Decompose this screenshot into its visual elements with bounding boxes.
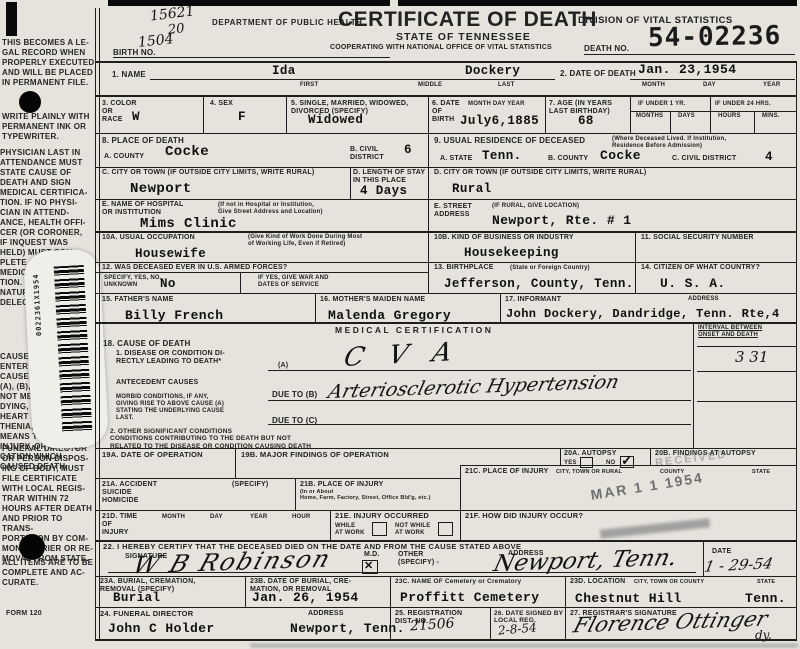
grid-line xyxy=(565,576,566,640)
grid-line xyxy=(95,448,797,449)
form-border-right xyxy=(796,61,797,640)
birthplace-value: Jefferson, County, Tenn. xyxy=(444,277,634,291)
dod-sub-month: MONTH xyxy=(642,82,665,89)
margin-form-number: FORM 120 xyxy=(6,610,99,619)
hospital-value: Mims Clinic xyxy=(140,216,237,232)
physician-signature: W B Robinson xyxy=(129,545,335,580)
name-sub-middle: MIDDLE xyxy=(418,82,442,89)
cause-a-value: C V A xyxy=(341,337,462,373)
injury-hour-sub: HOUR xyxy=(292,514,310,521)
residence-city-label: D. CITY OR TOWN (IF OUTSIDE CITY LIMITS,… xyxy=(434,169,646,177)
grid-line xyxy=(697,371,796,372)
date-of-death-value: Jan. 23,1954 xyxy=(638,62,736,77)
street-address-value: Newport, Rte. # 1 xyxy=(492,213,631,228)
grid-line xyxy=(240,272,241,293)
informant-value: John Dockery, Dandridge, Tenn. Rte,4 xyxy=(506,307,780,321)
antecedent-causes-label: ANTECEDENT CAUSES xyxy=(116,379,198,387)
margin-note-funeral: FUNERAL DIRECTOR OR PERSON DISPOS- ING O… xyxy=(2,444,95,564)
under-24hrs-label: IF UNDER 24 HRS. xyxy=(715,101,771,108)
grid-line xyxy=(500,293,501,322)
birthplace-label: 13. BIRTHPLACE xyxy=(434,264,494,272)
occupation-label: 10A. USUAL OCCUPATION xyxy=(102,234,195,242)
citizen-value: U. S. A. xyxy=(660,276,726,291)
grid-line xyxy=(95,607,797,608)
date-of-operation-label: 19A. DATE OF OPERATION xyxy=(102,451,203,460)
grid-line xyxy=(95,510,797,511)
burial-location-label: 23D. LOCATION xyxy=(570,578,625,586)
grid-line xyxy=(203,97,204,133)
barcode-icon xyxy=(54,265,93,432)
date-of-burial-value: Jan. 26, 1954 xyxy=(252,590,359,605)
age-value: 68 xyxy=(578,114,594,128)
date-signed-value: 2-8-54 xyxy=(497,620,537,637)
length-of-stay-label: D. LENGTH OF STAY IN THIS PLACE xyxy=(353,169,425,185)
form-border-bottom xyxy=(95,639,797,641)
birth-no-label: BIRTH NO. xyxy=(113,48,156,57)
scan-bar-top-right xyxy=(398,0,797,6)
grid-line xyxy=(670,111,671,133)
cooperating-heading: COOPERATING WITH NATIONAL OFFICE OF VITA… xyxy=(330,44,552,52)
residence-label: 9. USUAL RESIDENCE OF DECEASED xyxy=(434,136,585,145)
grid-line xyxy=(460,465,461,540)
father-name-value: Billy French xyxy=(125,308,223,323)
scan-bar-top-left xyxy=(108,0,390,6)
disease-condition-label: 1. DISEASE OR CONDITION DI- RECTLY LEADI… xyxy=(116,350,225,366)
grid-line xyxy=(295,478,296,510)
cemetery-name-label: 23C. NAME OF Cemetery or Crematory xyxy=(395,578,521,585)
residence-civil-district-label: C. CIVIL DISTRICT xyxy=(672,155,736,163)
major-findings-label: 19B. MAJOR FINDINGS OF OPERATION xyxy=(241,451,389,460)
under-1yr-days: DAYS xyxy=(678,113,695,120)
accident-specify-label: (SPECIFY) xyxy=(232,481,268,489)
marital-status-value: Widowed xyxy=(308,113,363,127)
grid-line xyxy=(95,322,797,324)
ssn-label: 11. SOCIAL SECURITY NUMBER xyxy=(641,234,754,242)
armed-forces-label: 12. WAS DECEASED EVER IN U.S. ARMED FORC… xyxy=(102,264,287,272)
morbid-conditions-label: MORBID CONDITIONS, IF ANY, GIVING RISE T… xyxy=(116,394,224,422)
hole-punch-top xyxy=(19,91,41,113)
pod-county-value: Cocke xyxy=(165,144,209,160)
interval-label: INTERVAL BETWEEN ONSET AND DEATH xyxy=(698,325,762,339)
grid-line xyxy=(95,272,428,273)
grid-line xyxy=(710,97,711,133)
burial-location-state-value: Tenn. xyxy=(745,591,786,606)
grid-line xyxy=(95,576,797,577)
funeral-director-address: Newport, Tenn. xyxy=(290,621,405,636)
margin-note-items: ALL ITEMS ARE TO BE COMPLETE AND AC- CUR… xyxy=(2,558,95,588)
death-no-stamp: 54-02236 xyxy=(648,21,782,53)
not-while-at-work-label: NOT WHILE AT WORK xyxy=(395,523,430,537)
grid-line xyxy=(235,448,236,478)
date-of-birth-value: July6,1885 xyxy=(460,114,539,128)
father-name-label: 15. FATHER'S NAME xyxy=(102,296,173,304)
md-label: M.D. xyxy=(364,551,380,559)
while-at-work-label: WHILE AT WORK xyxy=(335,523,365,537)
residence-state-value: Tenn. xyxy=(482,149,522,163)
armed-forces-value: No xyxy=(160,277,176,291)
under-24hrs-mins: MINS. xyxy=(762,113,780,120)
grid-line xyxy=(584,54,795,55)
mother-name-value: Malenda Gregory xyxy=(328,308,451,323)
hospital-paren: (If not in Hospital or Institution, Give… xyxy=(218,202,323,216)
occupation-value: Housewife xyxy=(135,247,206,261)
date-of-death-label: 2. DATE OF DEATH xyxy=(560,69,636,78)
place-of-injury-c-label: 21C. PLACE OF INJURY xyxy=(465,468,548,476)
not-while-at-work-checkbox[interactable] xyxy=(438,522,453,536)
hole-punch-bottom xyxy=(19,534,45,560)
barcode-number: 0022361X1954 xyxy=(32,273,43,336)
interval-value: 3 31 xyxy=(735,348,768,366)
pod-city-value: Newport xyxy=(130,181,192,197)
grid-line xyxy=(113,57,390,58)
grid-line xyxy=(630,97,631,133)
certify-date-label: DATE xyxy=(712,548,731,556)
grid-line xyxy=(693,322,694,448)
death-certificate-page: THIS BECOMES A LE- GAL RECORD WHEN PROPE… xyxy=(0,0,800,649)
name-first-value: Ida xyxy=(272,64,296,78)
grid-line xyxy=(428,97,429,133)
while-at-work-checkbox[interactable] xyxy=(372,522,387,536)
residence-state-label: A. STATE xyxy=(440,155,472,163)
grid-line xyxy=(95,478,460,479)
funeral-director-address-label: ADDRESS xyxy=(308,610,344,618)
name-last-value: Dockery xyxy=(465,64,520,78)
grid-line xyxy=(697,346,796,347)
other-specify-label: OTHER (SPECIFY) - xyxy=(398,551,439,567)
grid-line xyxy=(95,167,797,168)
certificate-title: CERTIFICATE OF DEATH xyxy=(338,8,597,32)
form-border-left xyxy=(95,8,96,640)
form-border-left2 xyxy=(99,8,100,640)
certify-date-value: 1 - 29-54 xyxy=(703,554,775,576)
margin-note-write: WRITE PLAINLY WITH PERMANENT INK OR TYPE… xyxy=(2,112,95,142)
grid-line xyxy=(545,97,546,133)
pod-civil-district-value: 6 xyxy=(404,143,412,157)
residence-city-value: Rural xyxy=(452,182,492,196)
name-label: 1. NAME xyxy=(112,70,146,79)
medical-certification-title: MEDICAL CERTIFICATION xyxy=(335,326,493,336)
under-24hrs-hours: HOURS xyxy=(718,113,741,120)
injury-state-sub: STATE xyxy=(752,469,770,475)
grid-line xyxy=(95,293,797,294)
armed-forces-war-label: IF YES, GIVE WAR AND DATES OF SERVICE xyxy=(258,275,329,289)
state-heading: STATE OF TENNESSEE xyxy=(396,31,531,43)
faint-stamp-smudge xyxy=(600,518,710,538)
street-address-label: E. STREET ADDRESS xyxy=(434,203,472,219)
injury-day-sub: DAY xyxy=(210,514,223,521)
grid-line xyxy=(490,607,491,640)
grid-line xyxy=(560,448,561,465)
informant-address-label: ADDRESS xyxy=(688,296,719,303)
grid-line xyxy=(245,576,246,607)
business-label: 10B. KIND OF BUSINESS OR INDUSTRY xyxy=(434,234,574,242)
grid-line xyxy=(330,510,331,540)
grid-line xyxy=(350,167,351,199)
date-of-birth-label: 6. DATE OF BIRTH xyxy=(432,100,460,124)
injury-city-sub: CITY, TOWN OR RURAL xyxy=(556,469,622,475)
autopsy-no-mark: ✓ xyxy=(621,452,633,469)
grid-line xyxy=(150,79,555,80)
grid-line xyxy=(630,111,797,112)
cemetery-name-value: Proffitt Cemetery xyxy=(400,590,539,605)
funeral-director-name: John C Holder xyxy=(108,621,215,636)
dod-sub-year: YEAR xyxy=(763,82,780,89)
md-mark: ✕ xyxy=(364,559,373,572)
grid-line xyxy=(697,401,796,402)
place-of-injury-paren: (In or About Home, Farm, Factory, Street… xyxy=(300,489,455,502)
place-of-injury-label: 21B. PLACE OF INJURY xyxy=(300,481,383,489)
grid-line xyxy=(390,576,391,607)
grid-line xyxy=(268,424,691,425)
grid-line xyxy=(460,465,797,466)
pod-city-label: C. CITY OR TOWN (IF OUTSIDE CITY LIMITS,… xyxy=(102,169,314,177)
color-race-value: W xyxy=(132,110,140,124)
residence-civil-district-value: 4 xyxy=(765,150,773,164)
business-value: Housekeeping xyxy=(464,246,559,260)
pod-county-label: A. COUNTY xyxy=(104,153,144,161)
residence-county-value: Cocke xyxy=(600,148,641,163)
grid-line xyxy=(95,133,797,134)
grid-line xyxy=(754,111,755,133)
armed-forces-specify-label: SPECIFY, YES, NO, UNKNOWN xyxy=(104,275,162,289)
under-1yr-label: IF UNDER 1 YR. xyxy=(638,101,686,108)
citizen-label: 14. CITIZEN OF WHAT COUNTRY? xyxy=(641,264,760,272)
burial-location-city-sub: CITY, TOWN OR COUNTY xyxy=(634,579,704,585)
margin-note-legal: THIS BECOMES A LE- GAL RECORD WHEN PROPE… xyxy=(2,38,95,88)
barcode-sticker: 0022361X1954 xyxy=(23,248,109,450)
autopsy-yes-checkbox[interactable] xyxy=(580,457,593,468)
under-1yr-months: MONTHS xyxy=(636,113,663,120)
occupation-paren: (Give Kind of Work Done During Most of W… xyxy=(248,234,362,248)
birthplace-paren: (State or Foreign Country) xyxy=(510,265,590,272)
name-sub-last: LAST xyxy=(498,82,514,89)
burial-location-city-value: Chestnut Hill xyxy=(575,591,682,606)
injury-year-sub: YEAR xyxy=(250,514,267,521)
informant-label: 17. INFORMANT xyxy=(505,296,561,304)
due-to-b-label: DUE TO (B) xyxy=(272,390,317,399)
grid-line xyxy=(286,97,287,133)
scan-smudge-bottom xyxy=(250,644,798,647)
hospital-label: E. NAME OF HOSPITAL OR INSTITUTION xyxy=(102,201,183,217)
pod-civil-district-label: B. CIVIL DISTRICT xyxy=(350,146,384,162)
grid-line xyxy=(95,231,797,233)
grid-line xyxy=(650,448,651,465)
residence-county-label: B. COUNTY xyxy=(548,155,588,163)
burial-cremation-value: Burial xyxy=(113,591,160,605)
grid-line xyxy=(268,370,691,371)
time-of-injury-label: 21D. TIME OF INJURY xyxy=(102,513,137,537)
name-sub-first: FIRST xyxy=(300,82,318,89)
dob-sub-labels: MONTH DAY YEAR xyxy=(468,101,525,108)
street-address-paren: (IF RURAL, GIVE LOCATION) xyxy=(492,203,579,210)
autopsy-no-checkbox[interactable]: ✓ xyxy=(620,456,634,468)
grid-line xyxy=(95,199,797,200)
accident-suicide-homicide-label: 21A. ACCIDENT SUICIDE HOMICIDE xyxy=(102,481,157,505)
registrar-signature-suffix: dy. xyxy=(755,628,772,642)
mother-name-label: 16. MOTHER'S MAIDEN NAME xyxy=(320,296,425,304)
injury-month-sub: MONTH xyxy=(162,514,185,521)
funeral-director-label: 24. FUNERAL DIRECTOR xyxy=(100,610,193,619)
burial-location-state-sub: STATE xyxy=(757,579,775,585)
length-of-stay-value: 4 Days xyxy=(360,184,407,198)
sex-value: F xyxy=(238,110,246,124)
cause-a-tag: (A) xyxy=(278,362,288,370)
grid-line xyxy=(108,572,696,573)
grid-line xyxy=(630,79,795,80)
grid-line xyxy=(95,262,797,263)
grid-line xyxy=(428,133,429,231)
how-injury-occurred-label: 21F. HOW DID INJURY OCCUR? xyxy=(465,512,583,521)
cause-b-value: Arteriosclerotic Hypertension xyxy=(326,371,622,403)
grid-line xyxy=(95,95,797,97)
dod-sub-day: DAY xyxy=(703,82,716,89)
sex-label: 4. SEX xyxy=(210,100,233,108)
scan-mark-left xyxy=(6,2,17,36)
death-no-label: DEATH NO. xyxy=(584,44,629,53)
injury-occurred-label: 21E. INJURY OCCURRED xyxy=(335,512,429,521)
cause-of-death-label: 18. CAUSE OF DEATH xyxy=(103,339,190,348)
registration-district-value: 21506 xyxy=(409,615,455,634)
grid-line xyxy=(315,293,316,322)
grid-line xyxy=(268,400,691,401)
